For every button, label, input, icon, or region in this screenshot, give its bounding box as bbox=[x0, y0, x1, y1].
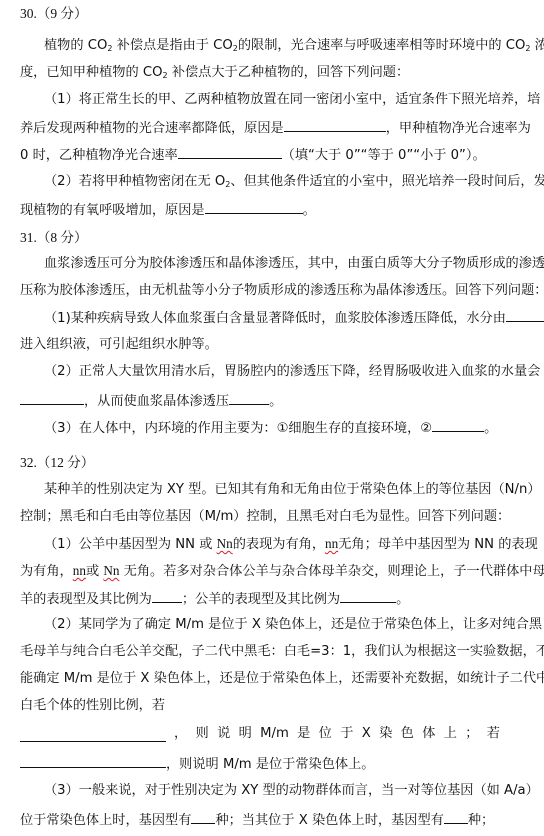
q32-part2-line4: 白毛个体的性别比例，若 bbox=[20, 698, 500, 714]
text: 、但其他条件适宜的小室中，照光培养一段时间后，发 bbox=[230, 174, 544, 189]
text: 位于常染色体上时，基因型有 bbox=[20, 813, 191, 828]
q30-intro-line2: 度，已知甲种植物的 CO2 补偿点大于乙种植物的，回答下列问题： bbox=[20, 65, 500, 84]
q30-part1-line1: （1）将正常生长的甲、乙两种植物放置在同一密闭小室中，适宜条件下照光培养，培 bbox=[44, 92, 500, 108]
q30-intro-line1: 植物的 CO2 补偿点是指由于 CO2的限制，光合速率与呼吸速率相等时环境中的 … bbox=[44, 38, 500, 57]
justified-text: ， 则 说 明 M/m 是 位 于 X 染 色 体 上 ； 若 bbox=[166, 726, 500, 742]
word: M/m bbox=[260, 726, 289, 742]
q31-intro-line2: 压称为胶体渗透压，由无机盐等小分子物质形成的渗透压称为晶体渗透压。回答下列问题： bbox=[20, 283, 500, 299]
question-31-header: 31.（8 分） bbox=[20, 230, 500, 246]
q31-intro-line1: 血浆渗透压可分为胶体渗透压和晶体渗透压，其中，由蛋白质等大分子物质形成的渗透 bbox=[44, 256, 500, 272]
word: 位 bbox=[319, 726, 332, 742]
word: 染 bbox=[379, 726, 392, 742]
answer-blank[interactable] bbox=[20, 755, 166, 768]
answer-blank[interactable] bbox=[178, 146, 282, 159]
spellcheck-flagged-word: nn bbox=[73, 563, 86, 578]
text: 的表现为有角， bbox=[233, 537, 325, 552]
text: 无角；母羊中基因型为 NN 的表现 bbox=[338, 537, 538, 552]
exam-page: 30.（9 分） 植物的 CO2 补偿点是指由于 CO2的限制，光合速率与呼吸速… bbox=[0, 0, 544, 836]
q32-intro-line2: 控制；黑毛和白毛由等位基因（M/m）控制，且黑毛对白毛为显性。回答下列问题： bbox=[20, 509, 500, 525]
text: 补偿点大于乙种植物的，回答下列问题： bbox=[168, 65, 410, 80]
text: 。 bbox=[396, 592, 409, 607]
text: ；公羊的表现型及其比例为 bbox=[182, 592, 340, 607]
text: （1）公羊中基因型为 NN 或 bbox=[44, 537, 217, 552]
text: 羊的表现型及其比例为 bbox=[20, 592, 152, 607]
q32-part1-line3: 羊的表现型及其比例为；公羊的表现型及其比例为。 bbox=[20, 590, 500, 608]
q32-part2-line1: （2）某同学为了确定 M/m 是位于 X 染色体上，还是位于常染色体上，让多对纯… bbox=[44, 617, 500, 633]
text: 植物的 CO bbox=[44, 38, 107, 53]
q32-part2-line6: ，则说明 M/m 是位于常染色体上。 bbox=[20, 755, 500, 773]
spellcheck-flagged-word: Nn bbox=[103, 563, 119, 578]
q32-part3-line1: （3）一般来说，对于性别决定为 XY 型的动物群体而言，当一对等位基因（如 A/… bbox=[44, 783, 500, 799]
spellcheck-flagged-word: nn bbox=[325, 536, 338, 551]
text: 度，已知甲种植物的 CO bbox=[20, 65, 162, 80]
word: 上 bbox=[444, 726, 457, 742]
text: ，从而使血浆晶体渗透压 bbox=[84, 394, 229, 409]
q32-part2-line5: ， 则 说 明 M/m 是 位 于 X 染 色 体 上 ； 若 bbox=[20, 726, 500, 742]
word: ， bbox=[174, 726, 187, 742]
text: （1)某种疾病导致人体血浆蛋白含量显著降低时，血浆胶体渗透压降低，水分由 bbox=[44, 311, 506, 326]
word: 是 bbox=[297, 726, 310, 742]
q31-part2-line2: ，从而使血浆晶体渗透压。 bbox=[20, 392, 500, 410]
word: X bbox=[362, 726, 371, 742]
q31-part1-line1: （1)某种疾病导致人体血浆蛋白含量显著降低时，血浆胶体渗透压降低，水分由 bbox=[44, 309, 500, 327]
word: 于 bbox=[340, 726, 353, 742]
word: 体 bbox=[422, 726, 435, 742]
text: 现植物的有氧呼吸增加，原因是 bbox=[20, 203, 205, 218]
text: 的限制，光合速率与呼吸速率相等时环境中的 CO bbox=[238, 38, 526, 53]
q30-part1-line3: 0 时，乙种植物净光合速率（填“大于 0”“等于 0”“小于 0”）。 bbox=[20, 146, 500, 164]
text: 0 时，乙种植物净光合速率 bbox=[20, 148, 178, 163]
text: （2）若将甲种植物密闭在无 O bbox=[44, 174, 225, 189]
q32-part2-line2: 毛母羊与纯合白毛公羊交配，子二代中黑毛：白毛=3：1，我们认为根据这一实验数据，… bbox=[20, 644, 500, 660]
answer-blank[interactable] bbox=[229, 392, 269, 405]
word: 若 bbox=[487, 726, 500, 742]
q31-part1-line2: 进入组织液，可引起组织水肿等。 bbox=[20, 337, 500, 353]
q32-part1-line2: 为有角，nn或 Nn 无角。若多对杂合体公羊与杂合体母羊杂交，则理论上，子一代群… bbox=[20, 563, 500, 580]
question-30-header: 30.（9 分） bbox=[20, 6, 500, 22]
word: 则 bbox=[196, 726, 209, 742]
text: （填“大于 0”“等于 0”“小于 0”）。 bbox=[282, 148, 486, 163]
text: 。 bbox=[269, 394, 282, 409]
text: ，甲种植物净光合速率为 bbox=[386, 121, 531, 136]
text: 种； bbox=[468, 813, 494, 828]
answer-blank[interactable] bbox=[444, 811, 468, 824]
word: 色 bbox=[401, 726, 414, 742]
answer-blank[interactable] bbox=[432, 419, 484, 432]
text: 为有角， bbox=[20, 564, 73, 579]
answer-blank[interactable] bbox=[506, 309, 544, 322]
question-32-header: 32.（12 分） bbox=[20, 455, 500, 471]
q31-part2-line1: （2）正常人大量饮用清水后，胃肠腔内的渗透压下降，经胃肠吸收进入血浆的水量会 bbox=[44, 364, 500, 380]
word: 明 bbox=[239, 726, 252, 742]
text: 。 bbox=[484, 421, 497, 436]
text: 种；当其位于 X 染色体上时，基因型有 bbox=[215, 813, 443, 828]
text: ，则说明 M/m 是位于常染色体上。 bbox=[166, 757, 375, 772]
answer-blank[interactable] bbox=[340, 590, 396, 603]
answer-blank[interactable] bbox=[20, 392, 84, 405]
q31-part3-line1: （3）在人体中，内环境的作用主要为：①细胞生存的直接环境，②。 bbox=[44, 419, 500, 437]
q30-part2-line2: 现植物的有氧呼吸增加，原因是。 bbox=[20, 201, 500, 219]
answer-blank[interactable] bbox=[20, 729, 166, 742]
answer-blank[interactable] bbox=[205, 201, 303, 214]
text: 。 bbox=[303, 203, 316, 218]
text: 补偿点是指由于 CO bbox=[112, 38, 232, 53]
text: 无角。若多对杂合体公羊与杂合体母羊杂交，则理论上，子一代群体中母 bbox=[119, 564, 544, 579]
answer-blank[interactable] bbox=[152, 590, 182, 603]
text: 养后发现两种植物的光合速率都降低，原因是 bbox=[20, 121, 284, 136]
text: 浓 bbox=[530, 38, 544, 53]
q32-part1-line1: （1）公羊中基因型为 NN 或 Nn的表现为有角，nn无角；母羊中基因型为 NN… bbox=[44, 536, 500, 553]
word: 说 bbox=[217, 726, 230, 742]
answer-blank[interactable] bbox=[191, 811, 215, 824]
text: 或 bbox=[86, 564, 103, 579]
q32-intro-line1: 某种羊的性别决定为 XY 型。已知其有角和无角由位于常染色体上的等位基因（N/n… bbox=[44, 482, 500, 498]
word: ； bbox=[465, 726, 478, 742]
text: （3）在人体中，内环境的作用主要为：①细胞生存的直接环境，② bbox=[44, 421, 432, 436]
q32-part3-line2: 位于常染色体上时，基因型有种；当其位于 X 染色体上时，基因型有种； bbox=[20, 811, 500, 829]
q30-part2-line1: （2）若将甲种植物密闭在无 O2、但其他条件适宜的小室中，照光培养一段时间后，发 bbox=[44, 174, 500, 193]
q32-part2-line3: 能确定 M/m 是位于 X 染色体上，还是位于常染色体上，还需要补充数据，如统计… bbox=[20, 671, 500, 687]
answer-blank[interactable] bbox=[284, 119, 386, 132]
spellcheck-flagged-word: Nn bbox=[217, 536, 233, 551]
q30-part1-line2: 养后发现两种植物的光合速率都降低，原因是，甲种植物净光合速率为 bbox=[20, 119, 500, 137]
